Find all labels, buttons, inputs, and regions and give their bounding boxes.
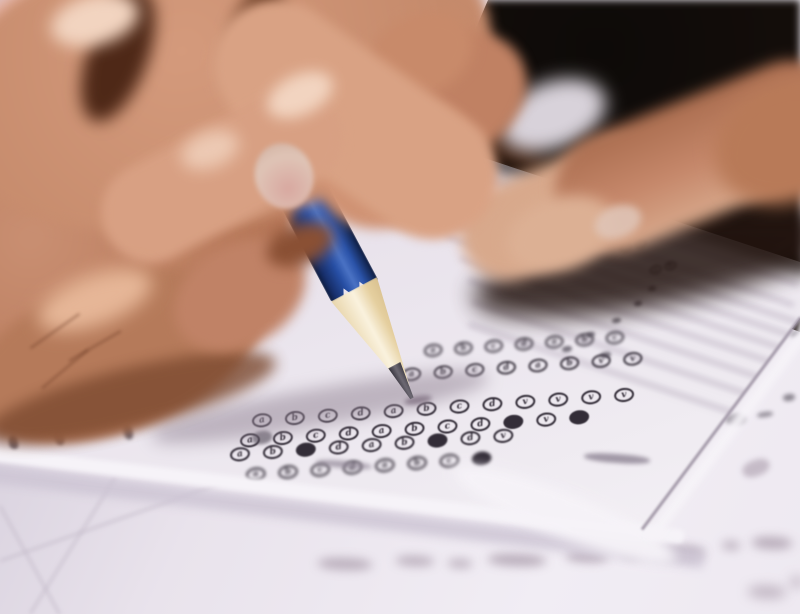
writing-hand bbox=[0, 0, 800, 614]
photo-exam-answer-sheet: abcdabcabcdabvvabcdabcdvvvvabcdabcdvabda… bbox=[0, 0, 800, 614]
